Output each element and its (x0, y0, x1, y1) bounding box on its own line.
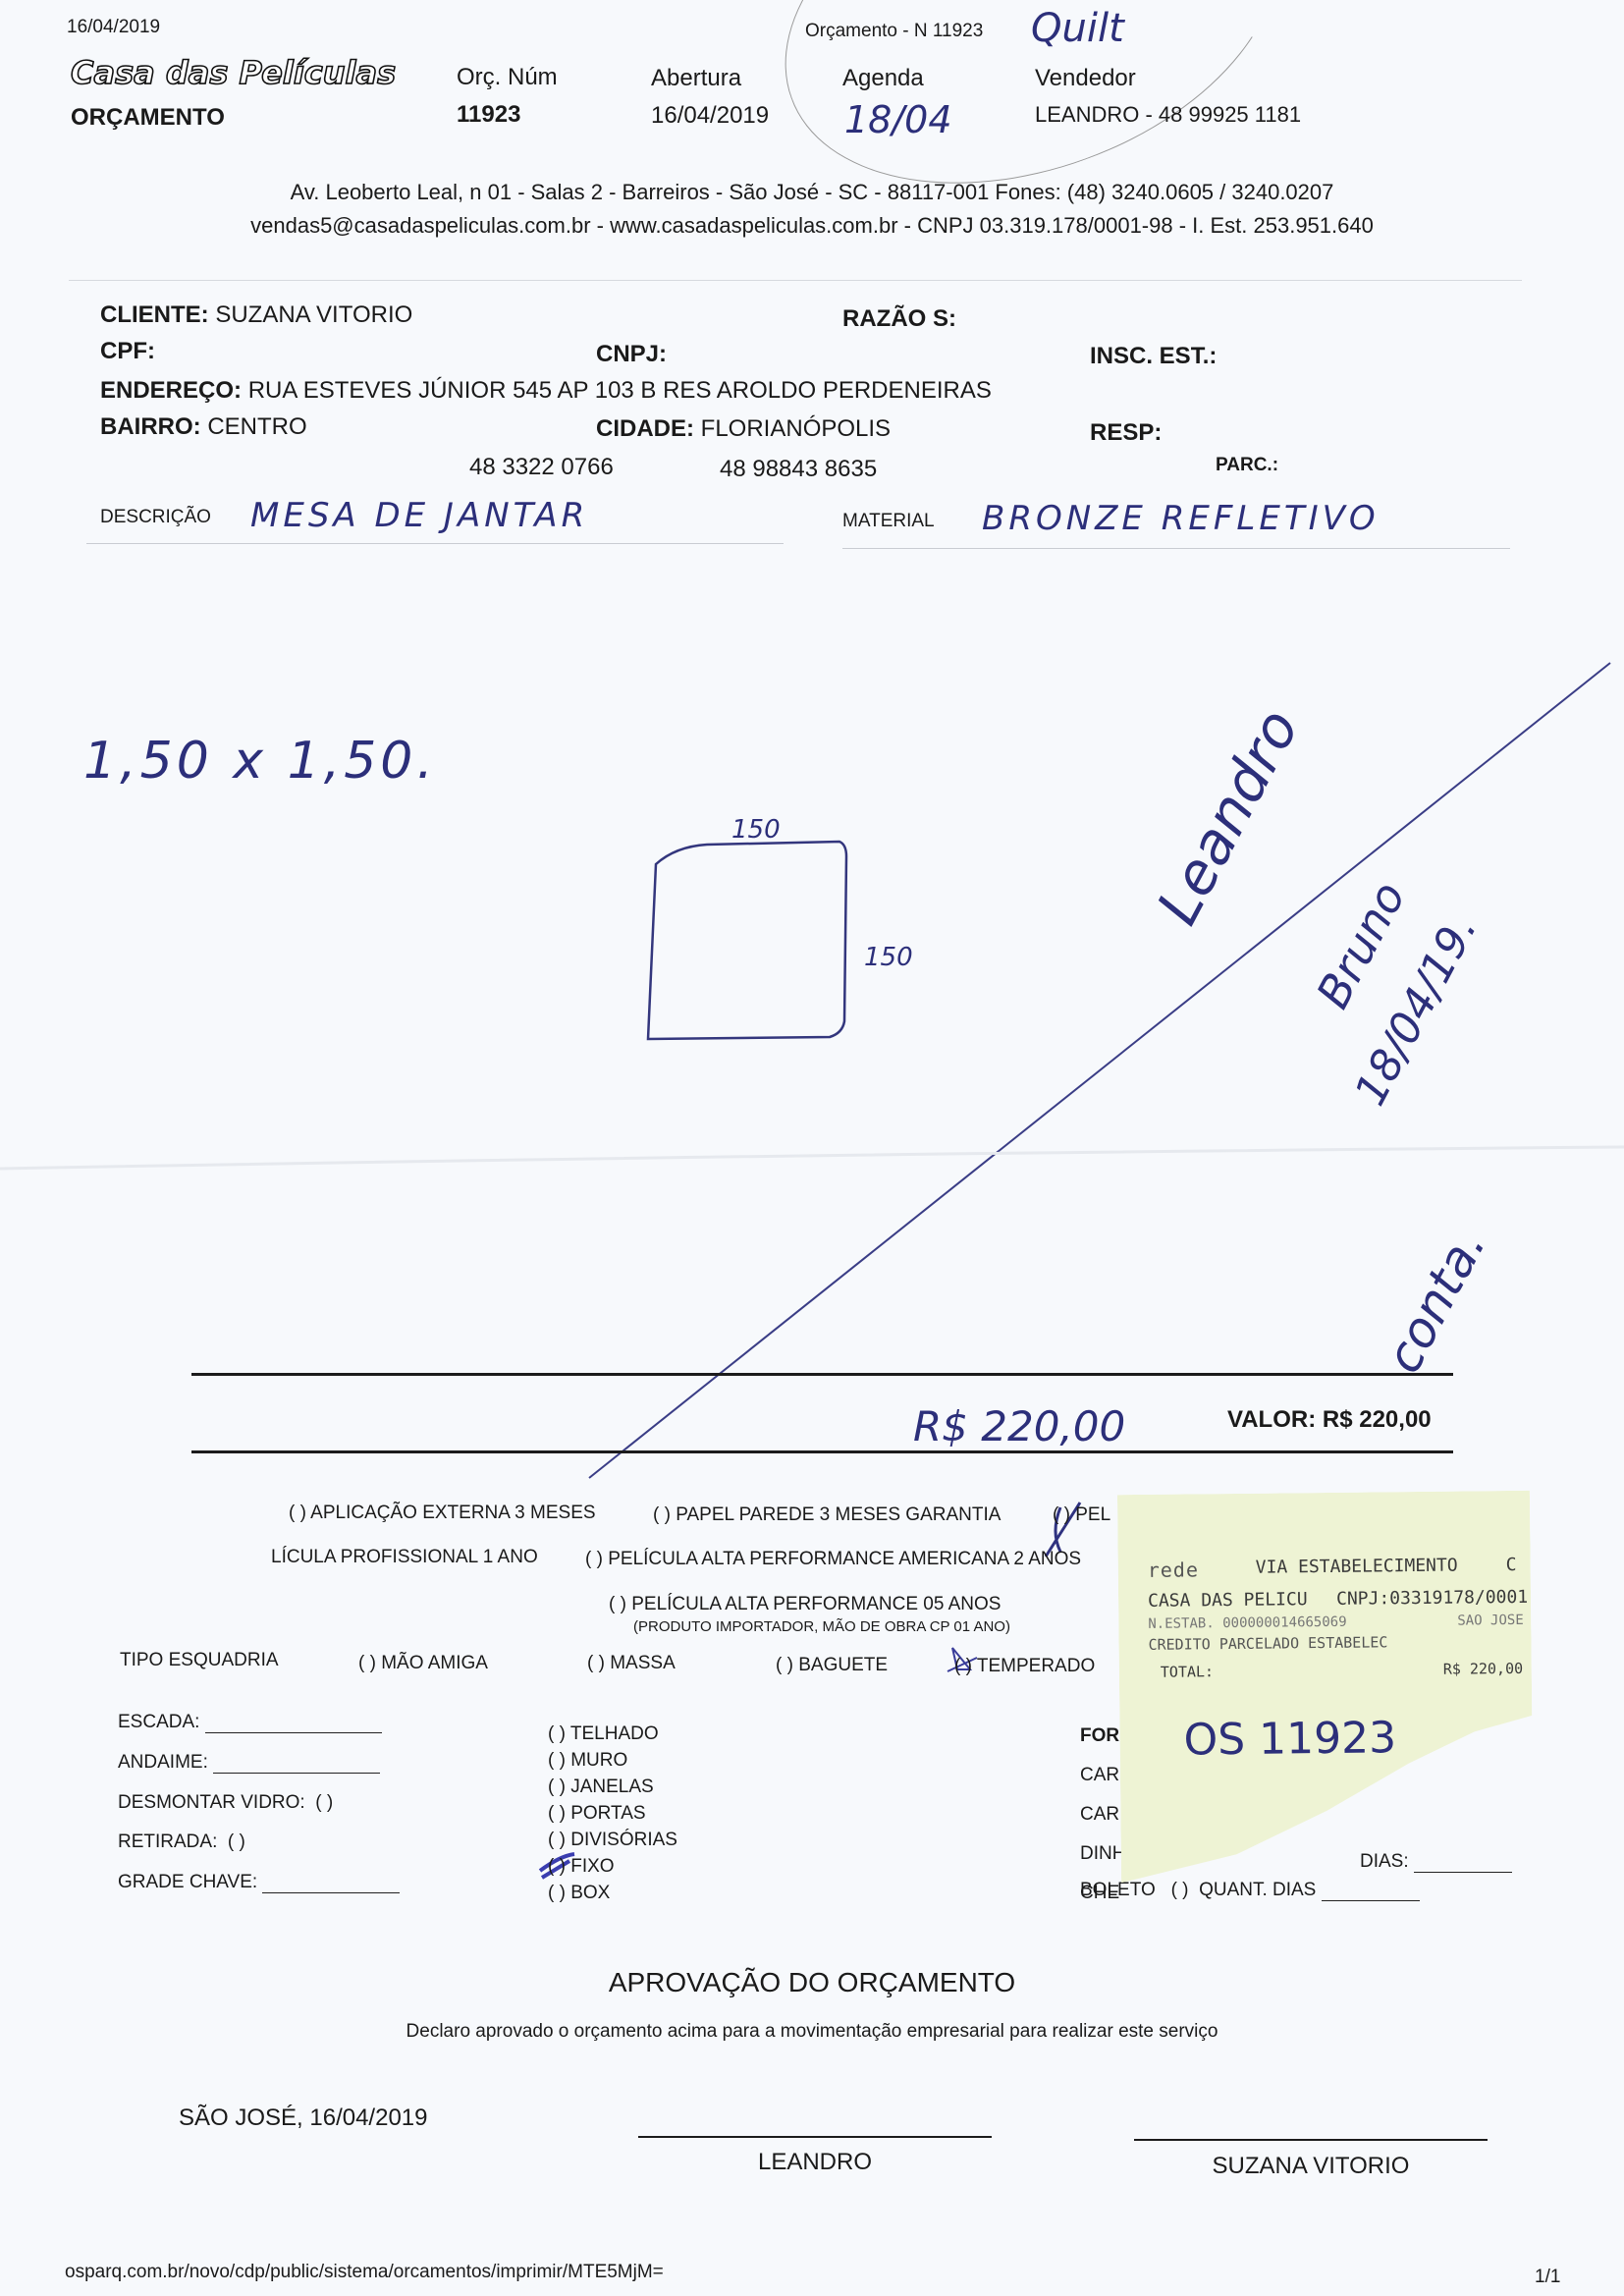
valor-field: VALOR: R$ 220,00 (1227, 1406, 1432, 1434)
value-top-rule (191, 1373, 1453, 1376)
receipt-city: SAO JOSE (1457, 1613, 1524, 1629)
location-muro[interactable]: ( ) MURO (548, 1747, 677, 1774)
warranty-note: (PRODUTO IMPORTADOR, MÃO DE OBRA CP 01 A… (633, 1618, 1010, 1635)
ink-drawings (0, 0, 1624, 2296)
receipt-via-code: C (1506, 1555, 1517, 1575)
approval-statement: Declaro aprovado o orçamento acima para … (0, 2021, 1624, 2043)
receipt-total-value: R$ 220,00 (1443, 1660, 1523, 1678)
signature-line-2 (1134, 2139, 1488, 2141)
grade-chave-field[interactable]: GRADE CHAVE: (118, 1872, 400, 1893)
receipt-merchant: CASA DAS PELICU (1148, 1589, 1308, 1612)
esquadria-label: TIPO ESQUADRIA (120, 1650, 279, 1671)
receipt-type: CREDITO PARCELADO ESTABELEC (1148, 1633, 1387, 1654)
receipt-total-label: TOTAL: (1161, 1663, 1214, 1681)
receipt-os-number: OS 11923 (1183, 1713, 1396, 1765)
boleto-field[interactable]: BOLETO ( ) QUANT. DIAS (1080, 1880, 1420, 1901)
location-list: ( ) TELHADO ( ) MURO ( ) JANELAS ( ) POR… (548, 1721, 677, 1906)
valor-handwritten: R$ 220,00 (913, 1402, 1125, 1450)
value-bottom-rule (191, 1450, 1453, 1453)
signature-line-1 (638, 2136, 992, 2138)
approval-title: APROVAÇÃO DO ORÇAMENTO (0, 1967, 1624, 1998)
payment-title: FOR (1080, 1717, 1125, 1756)
location-divisorias[interactable]: ( ) DIVISÓRIAS (548, 1827, 677, 1853)
payment-cartao-1[interactable]: CAR (1080, 1756, 1125, 1795)
location-box[interactable]: ( ) BOX (548, 1880, 677, 1906)
option-baguete[interactable]: ( ) BAGUETE (776, 1655, 888, 1676)
receipt-brand: rede (1148, 1558, 1199, 1582)
receipt-estab: N.ESTAB. 000000014665069 (1148, 1614, 1346, 1632)
desmontar-vidro-field[interactable]: DESMONTAR VIDRO: ( ) (118, 1792, 333, 1814)
location-fixo[interactable]: ( ) FIXO (548, 1853, 677, 1880)
payment-dinheiro[interactable]: DINH (1080, 1834, 1125, 1874)
fold-shadow (0, 1147, 1624, 1169)
option-pelicula-profissional-cont: LÍCULA PROFISSIONAL 1 ANO (271, 1547, 538, 1568)
signer-1: LEANDRO (638, 2149, 992, 2176)
option-mao-amiga[interactable]: ( ) MÃO AMIGA (358, 1653, 488, 1674)
footer-url: osparq.com.br/novo/cdp/public/sistema/or… (65, 2262, 664, 2283)
location-telhado[interactable]: ( ) TELHADO (548, 1721, 677, 1747)
option-pelicula-profissional[interactable]: ( ) PEL (1053, 1504, 1110, 1526)
option-temperado[interactable]: ( ) TEMPERADO (954, 1656, 1095, 1677)
option-alta-performance-05[interactable]: ( ) PELÍCULA ALTA PERFORMANCE 05 ANOS (609, 1594, 1001, 1615)
receipt-via: VIA ESTABELECIMENTO (1256, 1556, 1458, 1578)
option-alta-performance-americana[interactable]: ( ) PELÍCULA ALTA PERFORMANCE AMERICANA … (585, 1549, 1081, 1570)
option-aplicacao-externa[interactable]: ( ) APLICAÇÃO EXTERNA 3 MESES (289, 1503, 596, 1524)
cheque-dias[interactable]: DIAS: (1360, 1851, 1512, 1873)
location-portas[interactable]: ( ) PORTAS (548, 1800, 677, 1827)
option-papel-parede[interactable]: ( ) PAPEL PAREDE 3 MESES GARANTIA (653, 1504, 1001, 1526)
sketch-rectangle (648, 842, 846, 1039)
location-janelas[interactable]: ( ) JANELAS (548, 1774, 677, 1800)
diagonal-strike-line (589, 663, 1610, 1478)
footer-page: 1/1 (1535, 2267, 1560, 2288)
approval-place-date: SÃO JOSÉ, 16/04/2019 (179, 2105, 428, 2132)
option-massa[interactable]: ( ) MASSA (587, 1653, 676, 1674)
retirada-field[interactable]: RETIRADA: ( ) (118, 1831, 245, 1853)
escada-field[interactable]: ESCADA: (118, 1712, 382, 1733)
payment-cartao-2[interactable]: CAR (1080, 1795, 1125, 1834)
receipt-cnpj: CNPJ:03319178/0001-98 (1336, 1586, 1560, 1609)
signer-2: SUZANA VITORIO (1134, 2153, 1488, 2180)
andaime-field[interactable]: ANDAIME: (118, 1752, 380, 1774)
